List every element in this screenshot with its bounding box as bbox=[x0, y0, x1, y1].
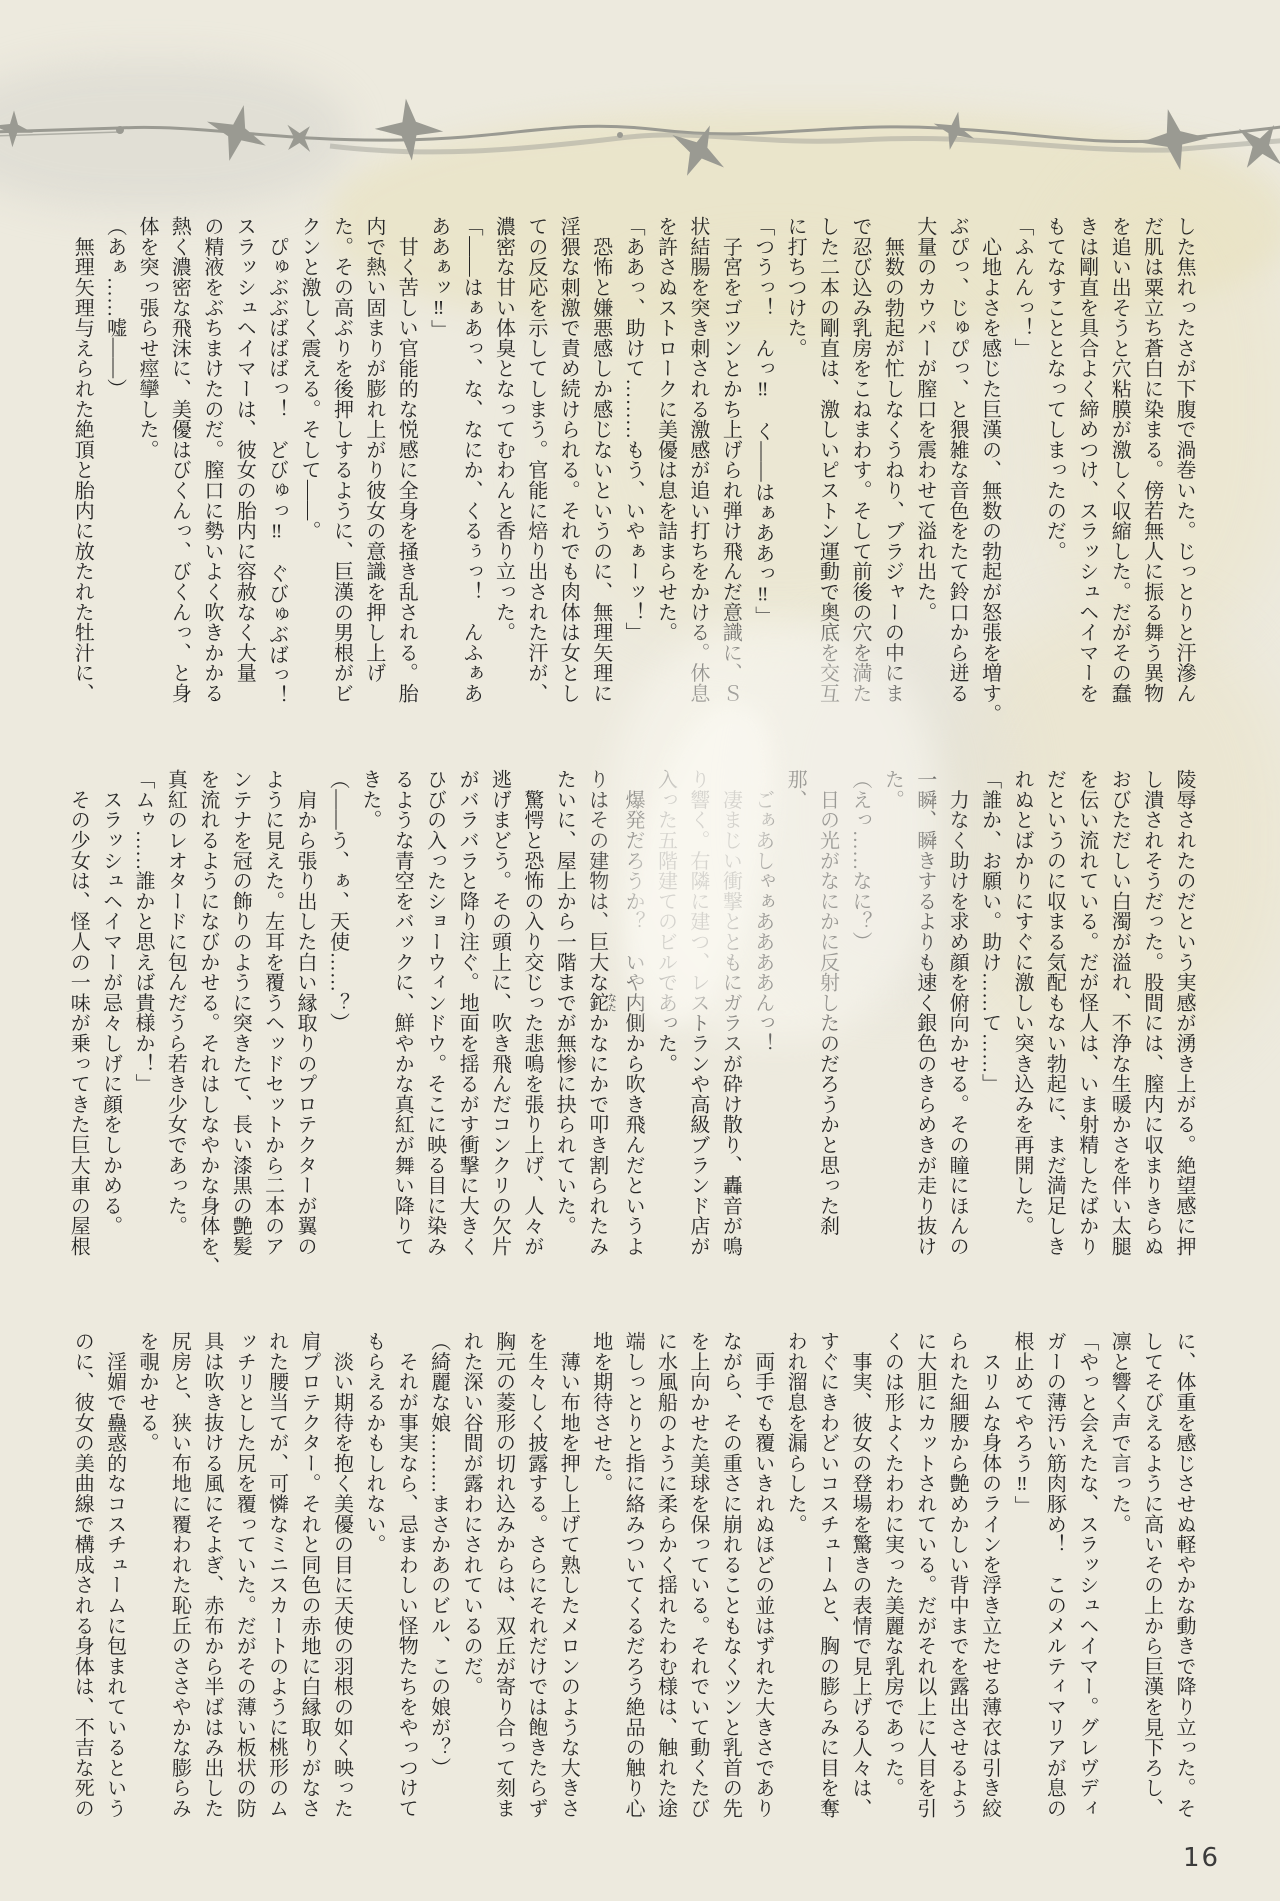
text-column: たいに、屋上から一階までが無惨に抉られていた。 bbox=[548, 769, 580, 1277]
text-column: ああぁッ‼」 bbox=[422, 216, 454, 724]
text-column: 爆発だろうか？ いや内側から吹き飛んだというよ bbox=[617, 769, 649, 1277]
text-column: した焦れったさが下腹で渦巻いた。じっとりと汗滲ん bbox=[1168, 216, 1200, 724]
text-column: に水風船のように柔らかく揺れたわむ様は、触れた途 bbox=[649, 1331, 681, 1839]
barbed-wire-icon bbox=[0, 0, 1280, 230]
text-column: （あぁ……嘘――） bbox=[98, 216, 130, 724]
text-column: 大量のカウパーが膣口を震わせて溢れ出た。 bbox=[908, 216, 940, 724]
text-column: 両手でも覆いきれぬほどの並はずれた大きさであり bbox=[746, 1331, 778, 1839]
text-column: れぬとばかりにすぐに激しい突き込みを再開した。 bbox=[1006, 769, 1038, 1277]
text-column: のに、彼女の美曲線で構成される身体は、不吉な死の bbox=[66, 1331, 98, 1839]
text-column: ひびの入ったショーウィンドウ。そこに映る目に染み bbox=[418, 769, 450, 1277]
text-column: 体を突っ張らせ痙攣した。 bbox=[131, 216, 163, 724]
text-column: を許さぬストロークに美優は息を詰まらせた。 bbox=[649, 216, 681, 724]
text-column: 「つうっ！ んっ‼ く――はぁああっ‼」 bbox=[746, 216, 778, 724]
text-column: きは剛直を具合よく締めつけ、スラッシュヘイマーを bbox=[1070, 216, 1102, 724]
text-column: （――う、ぁ、天使……？） bbox=[321, 769, 353, 1277]
text-column: た。その高ぶりを後押しするように、巨漢の男根がビ bbox=[325, 216, 357, 724]
text-column: を上向かせた美球を保っている。それでいて動くたび bbox=[682, 1331, 714, 1839]
text-column: を覗かせる。 bbox=[131, 1331, 163, 1839]
text-column: 肩プロテクター。それと同色の赤地に白縁取りがなさ bbox=[293, 1331, 325, 1839]
text-column: 事実、彼女の登場を驚きの表情で見上げる人々は、 bbox=[844, 1331, 876, 1839]
text-column: で忍び込み乳房をこねまわす。そして前後の穴を満た bbox=[844, 216, 876, 724]
text-column: 「ふんんっ！」 bbox=[1006, 216, 1038, 724]
text-column: 熱く濃密な飛沫に、美優はびくんっ、びくんっ、と身 bbox=[163, 216, 195, 724]
text-column: おびただしい白濁が溢れ、不浄な生暖かさを伴い太腿 bbox=[1103, 769, 1135, 1277]
text-column: を流れるようになびかせる。それはしなやかな身体を、 bbox=[191, 769, 223, 1277]
text-column: 状結腸を突き刺される激感が追い打ちをかける。休息 bbox=[682, 216, 714, 724]
text-column: ての反応を示してしまう。官能に焙り出された汗が、 bbox=[519, 216, 551, 724]
text-column: 日の光がなにかに反射したのだろうかと思った刹 bbox=[811, 769, 843, 1277]
text-column: 具は吹き抜ける風にそよぎ、赤布から半ばはみ出した bbox=[195, 1331, 227, 1839]
text-column: 心地よさを感じた巨漢の、無数の勃起が怒張を増す。 bbox=[973, 216, 1005, 724]
text-column: 真紅のレオタードに包んだうら若き少女であった。 bbox=[159, 769, 191, 1277]
text-column: 濃密な甘い体臭となってむわんと香り立った。 bbox=[487, 216, 519, 724]
text-column: 力なく助けを求め顔を俯向かせる。その瞳にほんの bbox=[941, 769, 973, 1277]
text-column: した二本の剛直は、激しいピストン運動で奥底を交互 bbox=[811, 216, 843, 724]
text-band-middle: 陵辱されたのだという実感が湧き上がる。絶望感に押し潰されそうだった。股間には、膣… bbox=[66, 769, 1200, 1277]
text-column: りはその建物は、巨大な鉈なたかなにかで叩き割られたみ bbox=[580, 769, 616, 1277]
text-column: 根止めてやろう‼」 bbox=[1006, 1331, 1038, 1839]
text-column: ぶぴっ、じゅぴっ、と猥雑な音色をたて鈴口から迸る bbox=[941, 216, 973, 724]
text-column: ように見えた。左耳を覆うヘッドセットから二本のア bbox=[256, 769, 288, 1277]
text-column: くのは形よくたわわに実った美麗な乳房であった。 bbox=[876, 1331, 908, 1839]
text-column: 胸元の菱形の切れ込みからは、双丘が寄り合って刻ま bbox=[487, 1331, 519, 1839]
text-column: 淫猥な刺激で責め続けられる。それでも肉体は女とし bbox=[552, 216, 584, 724]
text-column: 「ああっ、助けて………もう、いやぁーッ！」 bbox=[617, 216, 649, 724]
text-column: 地を期待させた。 bbox=[584, 1331, 616, 1839]
text-column: ンテナを冠の飾りのように突きたて、長い漆黒の艶髪 bbox=[224, 769, 256, 1277]
text-column: 「――はぁあっ、な、なにか、くるぅっ！ んふぁあ bbox=[455, 216, 487, 724]
text-column: その少女は、怪人の一味が乗ってきた巨大車の屋根 bbox=[62, 769, 94, 1277]
text-column: 甘く苦しい官能的な悦感に全身を掻き乱される。胎 bbox=[390, 216, 422, 724]
text-column: られた細腰から艶めかしい背中までを露出させるよう bbox=[941, 1331, 973, 1839]
text-column: を追い出そうと穴粘膜が激しく収縮した。だがその蠢 bbox=[1103, 216, 1135, 724]
text-column: 入った五階建てのビルであった。 bbox=[649, 769, 681, 1277]
text-column: 「ムゥ……誰かと思えば貴様か！」 bbox=[127, 769, 159, 1277]
text-column: 恐怖と嫌悪感しか感じないというのに、無理矢理に bbox=[584, 216, 616, 724]
text-column: ながら、その重さに崩れることもなくツンと乳首の先 bbox=[714, 1331, 746, 1839]
text-band-bottom: に、体重を感じさせぬ軽やかな動きで降り立った。そしてそびえるように高いその上から… bbox=[66, 1331, 1200, 1839]
text-column: た。 bbox=[876, 769, 908, 1277]
text-column: 驚愕と恐怖の入り交じった悲鳴を張り上げ、人々が bbox=[515, 769, 547, 1277]
text-column: 子宮をゴツンとかち上げられ弾け飛んだ意識に、Ｓ bbox=[714, 216, 746, 724]
text-column: を伝い流れている。だが怪人は、いま射精したばかり bbox=[1070, 769, 1102, 1277]
text-column: れた深い谷間が露わにされているのだ。 bbox=[455, 1331, 487, 1839]
scanned-book-page: した焦れったさが下腹で渦巻いた。じっとりと汗滲んだ肌は粟立ち蒼白に染まる。傍若無… bbox=[0, 0, 1280, 1901]
text-column: がバラバラと降り注ぐ。地面を揺るがす衝撃に大きく bbox=[451, 769, 483, 1277]
text-column: ぴゅぶぶばばばっ！ どびゅっ‼ ぐびゅぶばっ！ bbox=[260, 216, 292, 724]
text-column: 「誰か、お願い。助け……て……」 bbox=[973, 769, 1005, 1277]
text-column: り響く。右隣に建つ、レストランや高級ブランド店が bbox=[682, 769, 714, 1277]
text-column: 凄まじい衝撃とともにガラスが砕け散り、轟音が鳴 bbox=[714, 769, 746, 1277]
text-column: それが事実なら、忌まわしい怪物たちをやっつけて bbox=[390, 1331, 422, 1839]
text-column: れた腰当てが、可憐なミニスカートのように桃形のム bbox=[260, 1331, 292, 1839]
text-column: 「やっと会えたな、スラッシュヘイマー。グレヴディ bbox=[1070, 1331, 1102, 1839]
text-column: に、体重を感じさせぬ軽やかな動きで降り立った。そ bbox=[1168, 1331, 1200, 1839]
text-column: 淫媚で蠱惑的なコスチュームに包まれているという bbox=[98, 1331, 130, 1839]
text-column: もらえるかもしれない。 bbox=[357, 1331, 389, 1839]
text-column: に打ちつけた。 bbox=[779, 216, 811, 724]
text-column: 凛と響く声で言った。 bbox=[1103, 1331, 1135, 1839]
text-column: スラッシュヘイマーは、彼女の胎内に容赦なく大量 bbox=[228, 216, 260, 724]
text-column: 薄い布地を押し上げて熟したメロンのような大きさ bbox=[552, 1331, 584, 1839]
text-column: （綺麗な娘………まさかあのビル、この娘が？） bbox=[422, 1331, 454, 1839]
text-column: クンと激しく震える。そして――。 bbox=[293, 216, 325, 724]
text-column: だというのに収まる気配もない勃起に、まだ満足しき bbox=[1038, 769, 1070, 1277]
text-column: きた。 bbox=[353, 769, 385, 1277]
text-column: し潰されそうだった。股間には、膣内に収まりきらぬ bbox=[1135, 769, 1167, 1277]
text-column: ッチリとした尻を覆っていた。だがその薄い板状の防 bbox=[228, 1331, 260, 1839]
text-column: 無理矢理与えられた絶頂と胎内に放たれた牡汁に、 bbox=[66, 216, 98, 724]
text-column: すぐにきわどいコスチュームと、胸の膨らみに目を奪 bbox=[811, 1331, 843, 1839]
text-column: われ溜息を漏らした。 bbox=[779, 1331, 811, 1839]
text-column: 逃げまどう。その頭上に、吹き飛んだコンクリの欠片 bbox=[483, 769, 515, 1277]
text-column: してそびえるように高いその上から巨漢を見下ろし、 bbox=[1135, 1331, 1167, 1839]
text-column: るような青空をバックに、鮮やかな真紅が舞い降りて bbox=[386, 769, 418, 1277]
text-column: 端しっとりと指に絡みついてくるだろう絶品の触り心 bbox=[617, 1331, 649, 1839]
text-column: スラッシュヘイマーが忌々しげに顔をしかめる。 bbox=[94, 769, 126, 1277]
text-column: を生々しく披露する。さらにそれだけでは飽きたらず bbox=[519, 1331, 551, 1839]
text-band-top: した焦れったさが下腹で渦巻いた。じっとりと汗滲んだ肌は粟立ち蒼白に染まる。傍若無… bbox=[66, 216, 1200, 724]
text-column: 淡い期待を抱く美優の目に天使の羽根の如く映った bbox=[325, 1331, 357, 1839]
text-column: 尻房と、狭い布地に覆われた恥丘のささやかな膨らみ bbox=[163, 1331, 195, 1839]
text-column: ごぁあしゃぁああああんっ！ bbox=[746, 769, 778, 1277]
text-column: に大胆にカットされている。だがそれ以上に人目を引 bbox=[908, 1331, 940, 1839]
text-column: 陵辱されたのだという実感が湧き上がる。絶望感に押 bbox=[1168, 769, 1200, 1277]
text-column: 無数の勃起が忙しなくうねり、ブラジャーの中にま bbox=[876, 216, 908, 724]
text-column: 那、 bbox=[779, 769, 811, 1277]
text-column: 肩から張り出した白い縁取りのプロテクターが翼の bbox=[289, 769, 321, 1277]
text-column: だ肌は粟立ち蒼白に染まる。傍若無人に振る舞う異物 bbox=[1135, 216, 1167, 724]
text-column: 内で熱い固まりが膨れ上がり彼女の意識を押し上げ bbox=[357, 216, 389, 724]
text-column: もてなすこととなってしまったのだ。 bbox=[1038, 216, 1070, 724]
text-column: ガーの薄汚い筋肉豚め！ このメルティマリアが息の bbox=[1038, 1331, 1070, 1839]
text-column: （えっ……なに？） bbox=[844, 769, 876, 1277]
text-column: 一瞬、瞬きするよりも速く銀色のきらめきが走り抜け bbox=[908, 769, 940, 1277]
page-number: 16 bbox=[1183, 1843, 1220, 1873]
text-column: スリムな身体のラインを浮き立たせる薄衣は引き絞 bbox=[973, 1331, 1005, 1839]
text-column: の精液をぶちまけたのだ。膣口に勢いよく吹きかかる bbox=[195, 216, 227, 724]
